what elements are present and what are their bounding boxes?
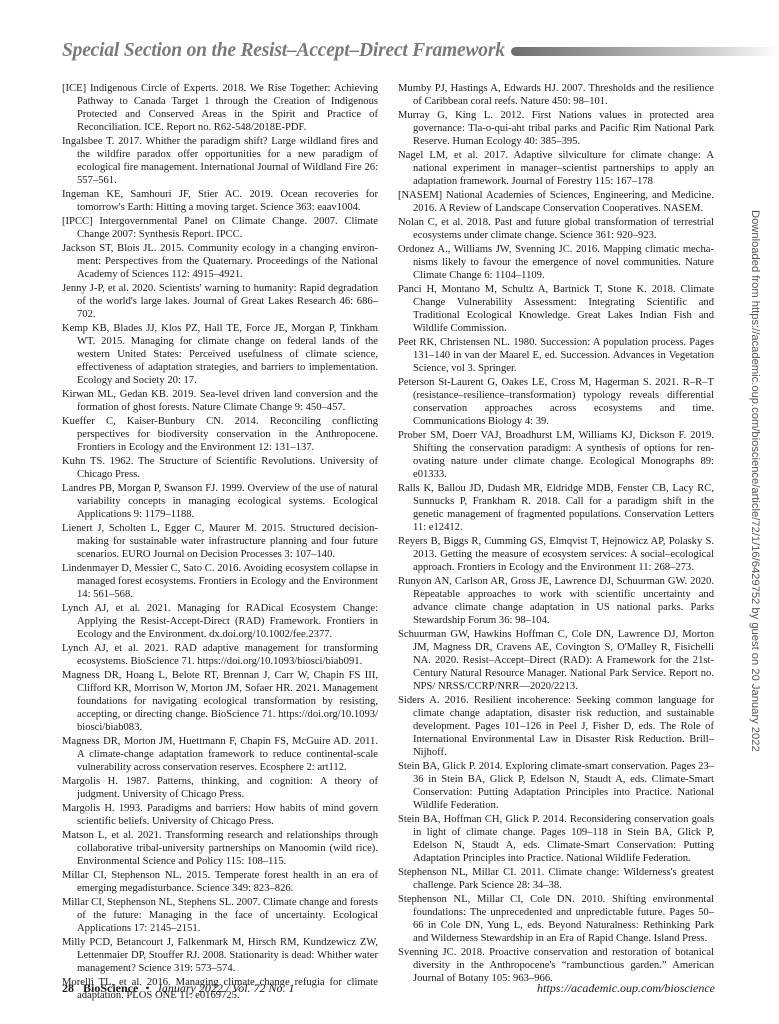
reference-item: Schuurman GW, Hawkins Hoffman C, Cole DN…: [398, 628, 714, 693]
reference-item: Murray G, King L. 2012. First Nations va…: [398, 109, 714, 148]
reference-item: Siders A. 2016. Resilient incoherence: S…: [398, 694, 714, 759]
reference-item: Reyers B, Biggs R, Cumming GS, Elmqvist …: [398, 535, 714, 574]
reference-item: [IPCC] Intergovernmental Panel on Climat…: [62, 215, 378, 241]
reference-item: Stephenson NL, Millar CI, Cole DN. 2010.…: [398, 893, 714, 945]
reference-item: Peet RK, Christensen NL. 1980. Successio…: [398, 336, 714, 375]
reference-item: Prober SM, Doerr VAJ, Broadhurst LM, Wil…: [398, 429, 714, 481]
reference-item: Peterson St-Laurent G, Oakes LE, Cross M…: [398, 376, 714, 428]
reference-item: Magness DR, Hoang L, Belote RT, Brennan …: [62, 669, 378, 734]
reference-item: Jenny J-P, et al. 2020. Scientists' warn…: [62, 282, 378, 321]
reference-item: Margolis H. 1987. Patterns, thinking, an…: [62, 775, 378, 801]
download-watermark-text: Downloaded from https://academic.oup.com…: [749, 210, 761, 752]
reference-item: Ingalsbee T. 2017. Whither the paradigm …: [62, 135, 378, 187]
reference-item: Lindenmayer D, Messier C, Sato C. 2016. …: [62, 562, 378, 601]
reference-item: Ralls K, Ballou JD, Dudash MR, Eldridge …: [398, 482, 714, 534]
reference-item: Magness DR, Morton JM, Huettmann F, Chap…: [62, 735, 378, 774]
reference-item: Matson L, et al. 2021. Transforming rese…: [62, 829, 378, 868]
reference-item: Margolis H. 1993. Paradigms and barriers…: [62, 802, 378, 828]
reference-item: Ordonez A., Williams JW, Svenning JC. 20…: [398, 243, 714, 282]
reference-item: Millar CI, Stephenson NL. 2015. Temperat…: [62, 869, 378, 895]
reference-item: Runyon AN, Carlson AR, Gross JE, Lawrenc…: [398, 575, 714, 627]
header-gradient-bar: [511, 47, 779, 56]
section-title: Special Section on the Resist–Accept–Dir…: [62, 40, 505, 62]
references-column-right: Mumby PJ, Hastings A, Edwards HJ. 2007. …: [398, 82, 714, 986]
reference-item: [NASEM] National Academies of Sciences, …: [398, 189, 714, 215]
journal-name: BioScience: [83, 981, 138, 995]
reference-item: Nagel LM, et al. 2017. Adaptive silvicul…: [398, 149, 714, 188]
reference-item: Kuhn TS. 1962. The Structure of Scientif…: [62, 455, 378, 481]
reference-item: Kemp KB, Blades JJ, Klos PZ, Hall TE, Fo…: [62, 322, 378, 387]
running-header: Special Section on the Resist–Accept–Dir…: [62, 38, 779, 64]
reference-item: Landres PB, Morgan P, Swanson FJ. 1999. …: [62, 482, 378, 521]
references-column-left: [ICE] Indigenous Circle of Experts. 2018…: [62, 82, 378, 1003]
reference-item: Lynch AJ, et al. 2021. Managing for RADi…: [62, 602, 378, 641]
reference-item: Lynch AJ, et al. 2021. RAD adaptive mana…: [62, 642, 378, 668]
reference-item: Stephenson NL, Millar CI. 2011. Climate …: [398, 866, 714, 892]
reference-item: Milly PCD, Betancourt J, Falkenmark M, H…: [62, 936, 378, 975]
issue-info: January 2022 / Vol. 72 No. 1: [157, 981, 295, 995]
page-number: 28: [62, 981, 74, 995]
reference-item: Stein BA, Hoffman CH, Glick P. 2014. Rec…: [398, 813, 714, 865]
reference-item: Mumby PJ, Hastings A, Edwards HJ. 2007. …: [398, 82, 714, 108]
reference-item: Lienert J, Scholten L, Egger C, Maurer M…: [62, 522, 378, 561]
reference-item: Stein BA, Glick P. 2014. Exploring clima…: [398, 760, 714, 812]
reference-item: Kirwan ML, Gedan KB. 2019. Sea-level dri…: [62, 388, 378, 414]
reference-item: Svenning JC. 2018. Proactive conservatio…: [398, 946, 714, 985]
journal-url[interactable]: https://academic.oup.com/bioscience: [537, 981, 715, 996]
reference-item: Jackson ST, Blois JL. 2015. Community ec…: [62, 242, 378, 281]
reference-item: Millar CI, Stephenson NL, Stephens SL. 2…: [62, 896, 378, 935]
reference-item: Panci H, Montano M, Schultz A, Bartnick …: [398, 283, 714, 335]
reference-item: Ingeman KE, Samhouri JF, Stier AC. 2019.…: [62, 188, 378, 214]
bullet-separator: •: [145, 981, 149, 995]
download-watermark: Downloaded from https://academic.oup.com…: [745, 210, 763, 770]
reference-item: [ICE] Indigenous Circle of Experts. 2018…: [62, 82, 378, 134]
reference-item: Nolan C, et al. 2018. Past and future gl…: [398, 216, 714, 242]
page-footer-left: 28 BioScience • January 2022 / Vol. 72 N…: [62, 981, 295, 996]
reference-item: Kueffer C, Kaiser-Bunbury CN. 2014. Reco…: [62, 415, 378, 454]
